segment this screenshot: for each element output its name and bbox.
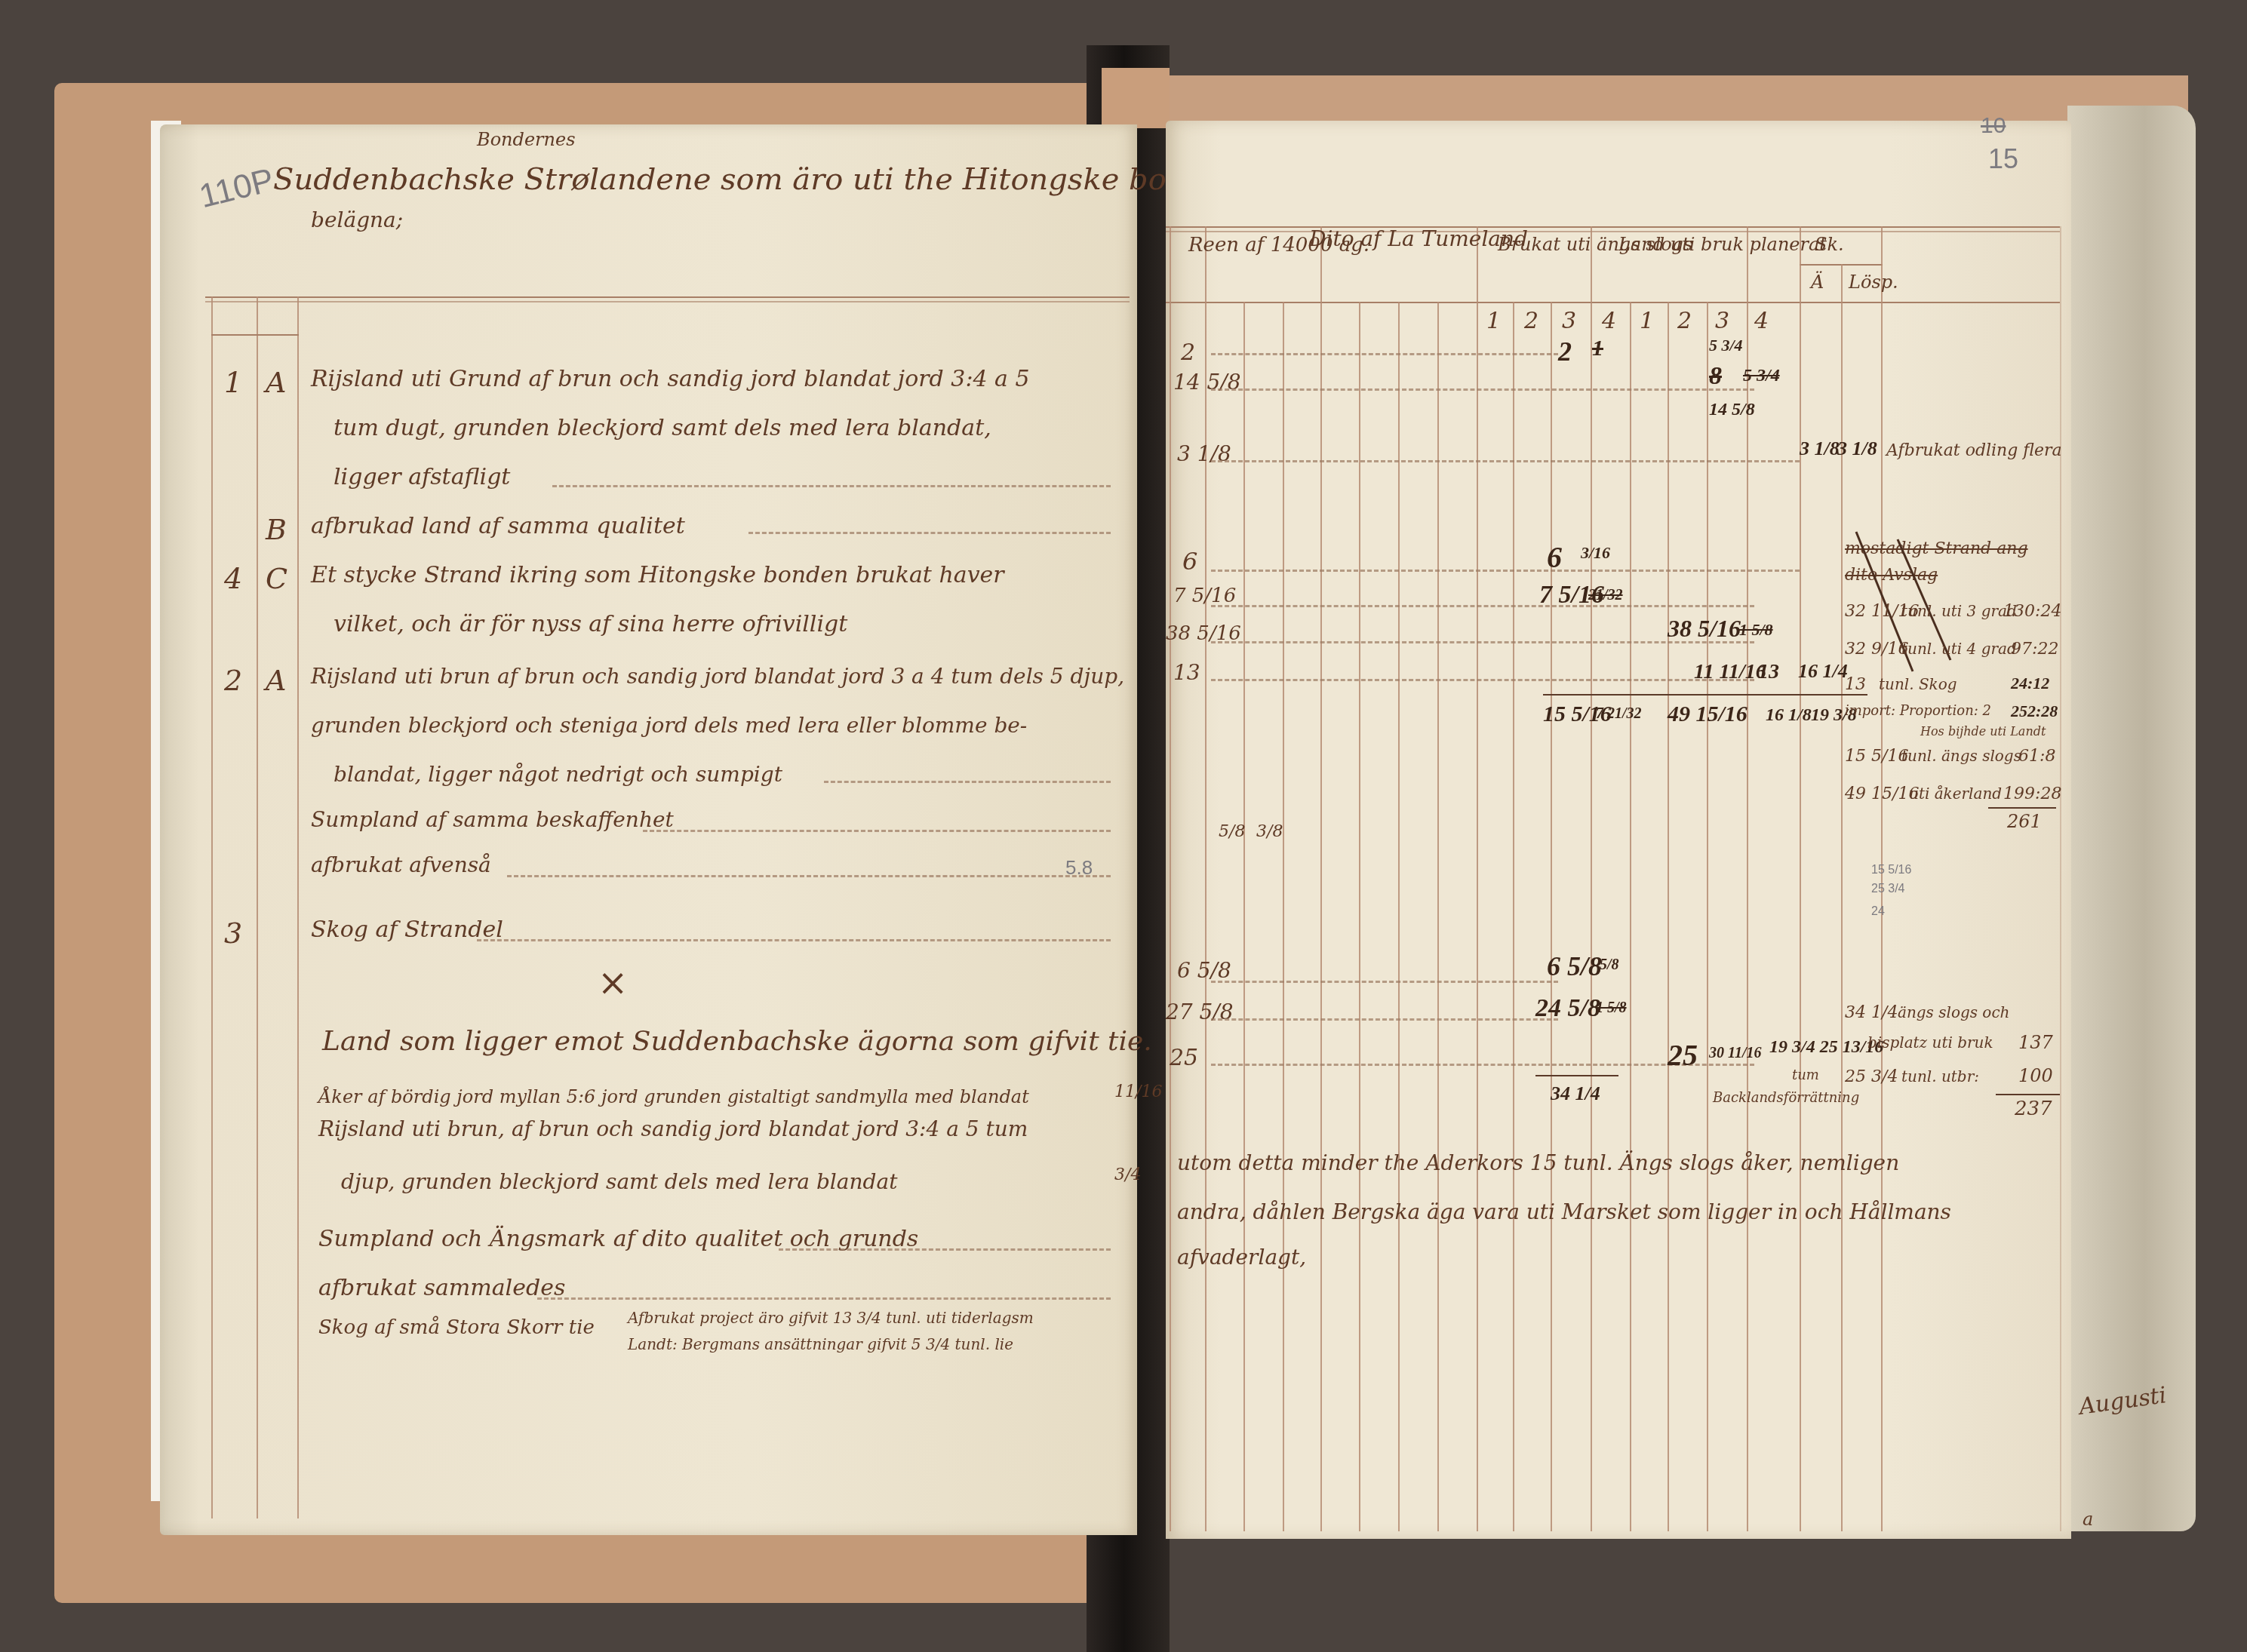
header-sk: Sk.	[1815, 234, 1844, 255]
row-letter: B	[266, 513, 287, 546]
column-rule	[1551, 302, 1552, 1531]
calc-desc: tunl. uti 4 grad	[1901, 640, 2017, 658]
entry-line: Sumpland af samma beskaffenhet	[311, 807, 674, 832]
ledger-value: 19 3/4 25 13/16	[1769, 1037, 1883, 1058]
ledger-value: 5 3/4	[1743, 366, 1780, 386]
row-letter: C	[266, 562, 287, 595]
calc-desc: import: Proportion: 2	[1845, 703, 1991, 719]
pencil-note: 5.8	[1065, 856, 1093, 880]
section-line: afbrukat sammaledes	[318, 1275, 565, 1301]
calc-desc: Hos bijhde uti Landt	[1920, 724, 2046, 738]
margin-rule-2	[257, 296, 258, 1518]
calc-total: 237	[2015, 1098, 2052, 1120]
margin-header-rule	[211, 334, 299, 336]
leader-dash	[1211, 605, 1754, 607]
entry-line: ligger afstafligt	[334, 464, 510, 490]
column-rule	[1437, 302, 1439, 1531]
header-dito: Dito af La Tumeland	[1309, 226, 1528, 251]
calc-qty: 13	[1845, 675, 1866, 694]
small-fraction: 5/8	[1219, 822, 1245, 841]
column-rule	[1170, 226, 1171, 1531]
leader-dash	[1211, 1018, 1558, 1021]
column-rule	[1205, 226, 1206, 1531]
column-rule	[1359, 302, 1360, 1531]
calc-qty: 34 1/4	[1845, 1003, 1898, 1022]
area-value: 6 5/8	[1177, 958, 1231, 983]
ledger-value: 1 5/8	[1739, 620, 1773, 640]
entry-line: Rijsland uti brun af brun och sandig jor…	[311, 664, 1124, 689]
entry-line: afbrukat afvenså	[311, 852, 491, 877]
page-edge-rule	[2060, 226, 2061, 1531]
entry-line: blandat, ligger något nedrigt och sumpig…	[334, 762, 782, 787]
calc-total: 261	[2007, 811, 2042, 832]
page-number: 15	[1988, 143, 2018, 175]
subtotal-value: 49 15/16	[1668, 702, 1747, 727]
margin-note: Afbrukat odling flera	[1886, 441, 2062, 460]
archive-number: 110P	[195, 161, 278, 216]
leader-dash	[1211, 353, 1558, 355]
section-line: Skog af små Stora Skorr tie	[318, 1316, 595, 1339]
column-rule	[1747, 226, 1748, 1531]
page-number-struck: 10	[1981, 113, 2006, 139]
row-number: 1	[224, 366, 242, 399]
calc-desc: ängs slogs och	[1898, 1003, 2009, 1021]
column-rule	[1881, 226, 1883, 1531]
row-number: 2	[224, 664, 242, 697]
quality-col: 1	[1640, 308, 1654, 334]
ledger-value: 2	[1558, 336, 1572, 367]
leader-dash	[1211, 388, 1754, 391]
quality-col: 2	[1677, 308, 1692, 334]
calc-amount: 252:28	[2011, 702, 2058, 721]
header-rule	[205, 296, 1130, 298]
quality-col: 4	[1754, 308, 1769, 334]
calc-amount: 24:12	[2011, 674, 2049, 693]
header-top-rule-double	[1166, 231, 2060, 232]
entry-line: afbrukad land af samma qualitet	[311, 513, 685, 539]
footnote-line: utom detta minder the Aderkors 15 tunl. …	[1177, 1150, 1899, 1175]
ledger-value: 24 5/8	[1535, 994, 1600, 1023]
leader-dash	[643, 830, 1111, 832]
entry-line: vilket, och är för nyss af sina herre of…	[334, 611, 847, 637]
side-note: Afbrukat project äro gifvit 13 3/4 tunl.…	[628, 1309, 1034, 1327]
sk-value: 3 1/8	[1800, 438, 1840, 460]
column-rule	[1243, 302, 1245, 1531]
column-rule	[1398, 302, 1400, 1531]
leader-dash	[1211, 460, 1800, 462]
small-annotation: tum	[1792, 1067, 1819, 1083]
quality-col: 1	[1486, 308, 1501, 334]
pencil-calc: 25 3/4	[1871, 883, 1904, 896]
section-line: djup, grunden bleckjord samt dels med le…	[341, 1169, 897, 1194]
calc-amount: 97:22	[2011, 640, 2058, 659]
ledger-value: 6	[1547, 539, 1562, 575]
pencil-calc: 24	[1871, 905, 1885, 919]
calc-qty: 49 15/16	[1845, 785, 1919, 803]
subtotal-rule	[1543, 694, 1867, 695]
header-bottom-rule	[1166, 302, 2060, 303]
calc-amount: 137	[2018, 1032, 2053, 1053]
calc-qty: 32 9/16	[1845, 640, 1908, 659]
row-letter: A	[266, 664, 286, 697]
ledger-value: 3/16	[1581, 543, 1610, 563]
ledger-value: 30 11/16	[1709, 1045, 1761, 1062]
quality-col: 3	[1562, 308, 1576, 334]
header-rule-double	[205, 301, 1130, 302]
entry-line: tum dugt, grunden bleckjord samt dels me…	[334, 415, 991, 441]
calc-amount: 61:8	[2018, 747, 2055, 766]
leader-dash	[1211, 679, 1754, 681]
ledger-value: 25	[1668, 1037, 1698, 1073]
column-rule	[1591, 226, 1592, 1531]
row-number: 3	[224, 917, 242, 950]
ledger-value: 5/8	[1600, 957, 1619, 974]
calc-total-rule	[1988, 807, 2056, 809]
section-line: Åker af bördig jord myllan 5:6 jord grun…	[318, 1086, 1029, 1107]
right-page: 10 15 Reen af 14000 ag. Dito af La Tumel…	[1166, 121, 2071, 1539]
calc-desc: bisplatz uti bruk	[1867, 1033, 1993, 1052]
entry-line: Rijsland uti Grund af brun och sandig jo…	[311, 366, 1030, 392]
row-number: 4	[224, 562, 242, 595]
margin-fraction: 11/16	[1114, 1082, 1162, 1101]
footnote-line: andra, dåhlen Bergska äga vara uti Marsk…	[1177, 1199, 1951, 1224]
header-land: Land uti bruk planerat	[1618, 234, 1827, 255]
book-cover-top-right	[1147, 75, 2188, 121]
bracket-value: 5 3/4	[1709, 336, 1743, 355]
column-rule	[1320, 226, 1322, 1531]
leader-dash	[552, 485, 1111, 487]
calc-amount: 100	[2018, 1065, 2053, 1086]
total-rule	[1535, 1075, 1618, 1076]
ledger-value: 38 5/16	[1668, 615, 1741, 643]
column-rule	[1707, 302, 1708, 1531]
calc-desc: tunl. utbr:	[1901, 1067, 1979, 1085]
heading-continuation: belägna;	[311, 207, 403, 232]
column-rule	[1800, 226, 1801, 1531]
calc-desc: tunl. ängs slogs	[1901, 747, 2021, 765]
small-fraction: 3/8	[1256, 822, 1283, 841]
corner-letter: a	[2083, 1509, 2093, 1530]
ledger-value: 16 1/4	[1798, 660, 1848, 683]
column-rule	[1668, 302, 1669, 1531]
area-value: 14 5/8	[1173, 370, 1241, 395]
area-value: 25	[1170, 1045, 1198, 1071]
ledger-value: 1	[1592, 336, 1603, 361]
leader-dash	[507, 875, 1111, 877]
calc-desc: tunl. uti 3 grad	[1901, 602, 2017, 620]
page-stack-edges	[2067, 106, 2196, 1531]
quality-col: 4	[1602, 308, 1616, 334]
calc-qty: 25 3/4	[1845, 1067, 1898, 1086]
column-rule	[1477, 226, 1478, 1531]
section-heading: Land som ligger emot Suddenbachske ägorn…	[322, 1026, 1152, 1057]
small-annotation: Backlandsförrättning	[1713, 1090, 1859, 1106]
spine-fabric	[1102, 68, 1170, 128]
calc-total-rule	[1996, 1094, 2060, 1095]
bracket-value: 14 5/8	[1709, 400, 1755, 420]
column-rule	[1630, 302, 1631, 1531]
leader-dash	[824, 781, 1111, 783]
entry-line: Et stycke Strand ikring som Hitongske bo…	[311, 562, 1004, 588]
calc-amount: 130:24	[2003, 602, 2061, 621]
leader-dash	[779, 1248, 1111, 1251]
entry-line: Skog af Strandel	[311, 917, 503, 943]
leader-dash	[1211, 981, 1558, 983]
ledger-value: 11 11/16	[1694, 660, 1766, 684]
calc-desc: uti åkerland	[1909, 785, 2002, 803]
column-rule	[1283, 302, 1284, 1531]
leader-dash	[477, 939, 1111, 941]
area-value: 2	[1181, 339, 1195, 366]
subtotal-value: 16 1/8	[1766, 705, 1812, 726]
column-rule	[1513, 302, 1514, 1531]
subtotal-value: 7 21/32	[1596, 705, 1642, 723]
area-value: 7 5/16	[1173, 585, 1236, 607]
bracket-value: 8	[1709, 362, 1722, 391]
margin-fraction: 3/4	[1114, 1165, 1141, 1184]
leader-dash	[748, 532, 1111, 534]
left-page: 110P Bondernes Suddenbachske Strølandene…	[160, 124, 1137, 1535]
sk-value: 3 1/8	[1837, 438, 1877, 460]
ledger-value: 1 5/8	[1596, 999, 1627, 1017]
calc-desc: tunl. Skog	[1879, 675, 1957, 693]
area-value: 27 5/8	[1166, 999, 1234, 1024]
cross-mark: ×	[598, 962, 628, 1004]
area-value: 3 1/8	[1177, 441, 1231, 466]
footnote-line: afvaderlagt,	[1177, 1245, 1306, 1270]
leader-dash	[1211, 570, 1800, 572]
ledger-value: 6 5/8	[1547, 950, 1602, 982]
ledger-value: 13	[1758, 660, 1779, 684]
area-value: 13	[1173, 660, 1200, 685]
row-letter: A	[266, 366, 286, 399]
quality-col: 3	[1715, 308, 1729, 334]
entry-line: grunden bleckjord och steniga jord dels …	[311, 713, 1027, 738]
margin-rule-3	[297, 296, 299, 1518]
heading-superscript: Bondernes	[477, 129, 576, 150]
margin-rule-1	[211, 296, 213, 1518]
calc-amount: 199:28	[2003, 785, 2061, 803]
ledger-value: 21/32	[1588, 587, 1623, 604]
header-top-rule	[1166, 226, 2060, 228]
section-line: Rijsland uti brun, af brun och sandig jo…	[318, 1116, 1028, 1141]
header-sk-sub: Ä	[1811, 272, 1824, 293]
side-note: Landt: Bergmans ansättningar gifvit 5 3/…	[628, 1335, 1013, 1353]
quality-col: 2	[1524, 308, 1538, 334]
calc-qty: 15 5/16	[1845, 747, 1908, 766]
pencil-calc: 15 5/16	[1871, 864, 1911, 877]
header-sk-sub: Lösp.	[1849, 272, 1898, 293]
leader-dash	[537, 1297, 1111, 1300]
area-value: 6	[1182, 547, 1197, 576]
total-value: 34 1/4	[1551, 1082, 1600, 1105]
